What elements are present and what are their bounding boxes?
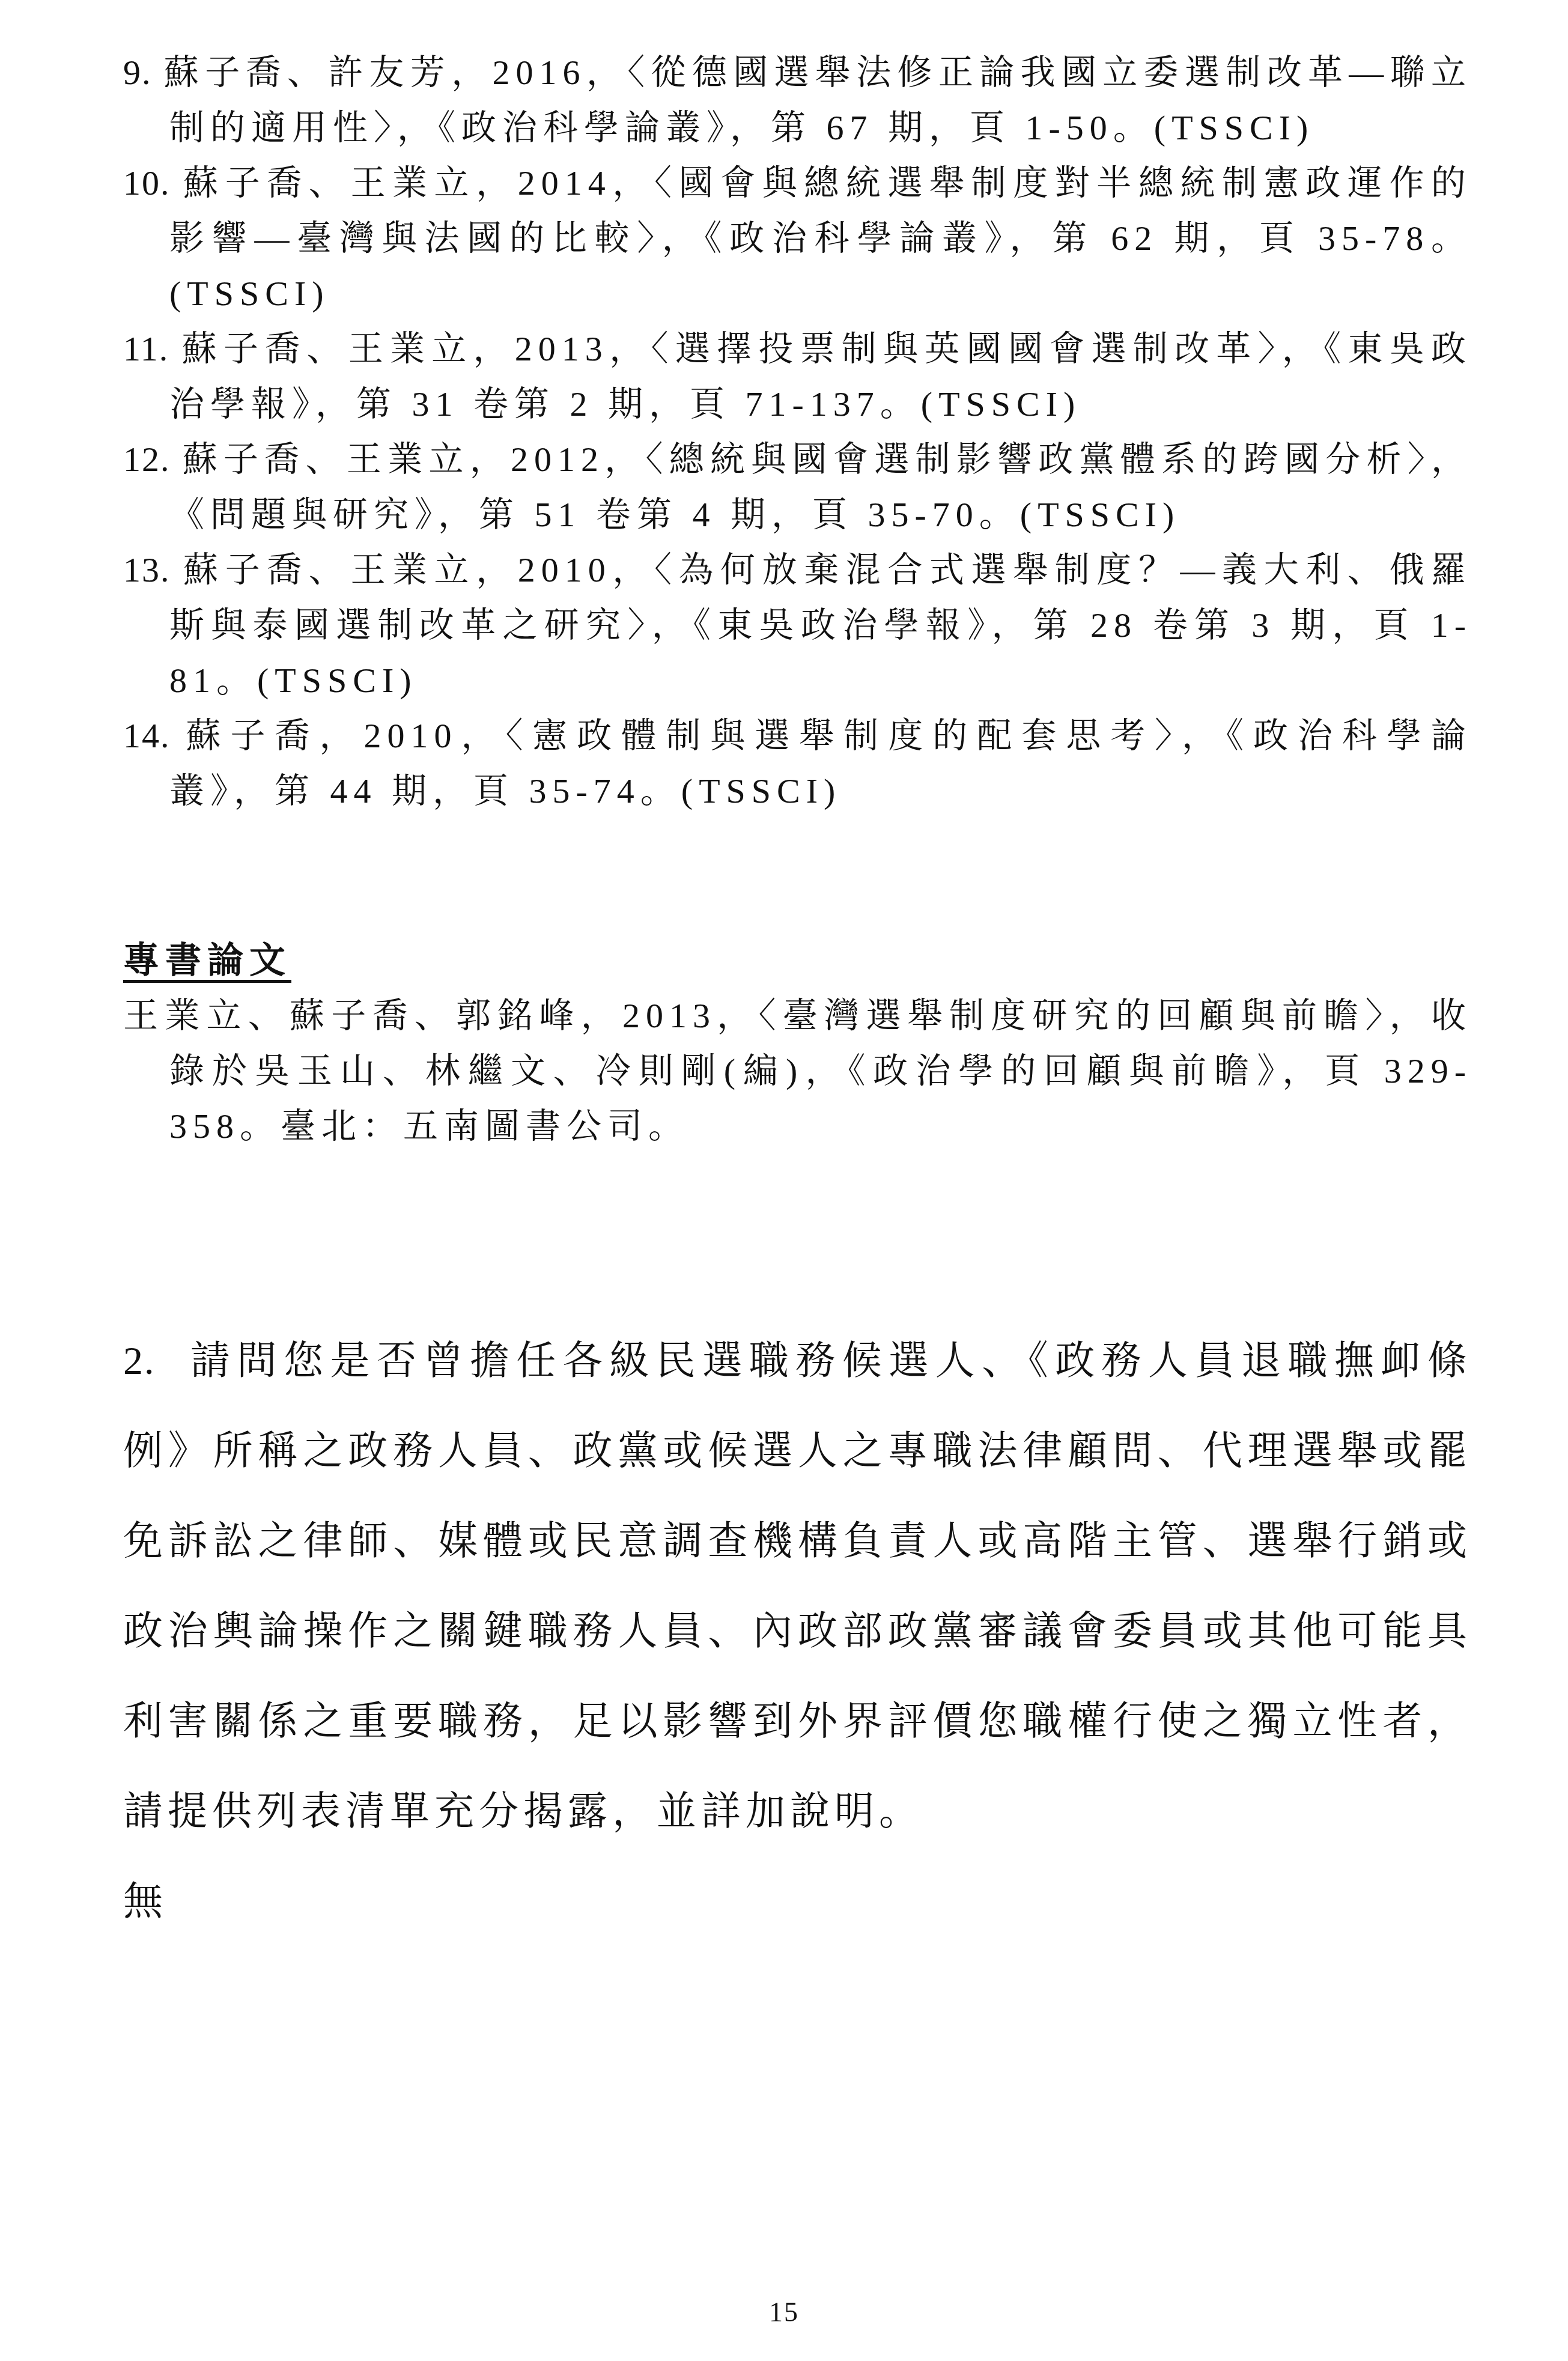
- page-number: 15: [0, 2296, 1568, 2328]
- reference-text: 蘇子喬、王業立，2010，〈為何放棄混合式選舉制度？—義大利、俄羅斯與泰國選制改…: [169, 550, 1472, 700]
- question-paragraph: 2.請問您是否曾擔任各級民選職務候選人、《政務人員退職撫卹條例》所稱之政務人員、…: [123, 1316, 1472, 1857]
- book-section-heading-text: 專書論文: [123, 941, 291, 980]
- question-text: 請問您是否曾擔任各級民選職務候選人、《政務人員退職撫卹條例》所稱之政務人員、政黨…: [123, 1339, 1472, 1834]
- reference-number: 14.: [123, 716, 171, 755]
- reference-item-13: 13.蘇子喬、王業立，2010，〈為何放棄混合式選舉制度？—義大利、俄羅斯與泰國…: [123, 542, 1472, 708]
- reference-text: 蘇子喬、王業立，2014，〈國會與總統選舉制度對半總統制憲政運作的影響—臺灣與法…: [169, 163, 1472, 313]
- question-number: 2.: [123, 1339, 156, 1383]
- book-entry: 王業立、蘇子喬、郭銘峰，2013，〈臺灣選舉制度研究的回顧與前瞻〉，收錄於吳玉山…: [123, 988, 1472, 1154]
- document-page: 9.蘇子喬、許友芳，2016，〈從德國選舉法修正論我國立委選制改革—聯立制的適用…: [0, 0, 1568, 2361]
- reference-number: 11.: [123, 329, 169, 368]
- reference-number: 9.: [123, 53, 152, 92]
- book-section: 專書論文 王業立、蘇子喬、郭銘峰，2013，〈臺灣選舉制度研究的回顧與前瞻〉，收…: [123, 933, 1472, 1154]
- answer-text: 無: [123, 1857, 1472, 1947]
- reference-number: 10.: [123, 163, 171, 202]
- reference-text: 蘇子喬、王業立，2013，〈選擇投票制與英國國會選制改革〉，《東吳政治學報》，第…: [169, 329, 1472, 424]
- reference-text: 蘇子喬，2010，〈憲政體制與選舉制度的配套思考〉，《政治科學論叢》，第 44 …: [169, 716, 1472, 810]
- book-section-heading: 專書論文: [123, 933, 1472, 988]
- reference-item-9: 9.蘇子喬、許友芳，2016，〈從德國選舉法修正論我國立委選制改革—聯立制的適用…: [123, 45, 1472, 156]
- reference-list: 9.蘇子喬、許友芳，2016，〈從德國選舉法修正論我國立委選制改革—聯立制的適用…: [123, 45, 1472, 819]
- reference-text: 蘇子喬、許友芳，2016，〈從德國選舉法修正論我國立委選制改革—聯立制的適用性〉…: [164, 53, 1472, 147]
- reference-number: 12.: [123, 440, 171, 479]
- reference-item-12: 12.蘇子喬、王業立，2012，〈總統與國會選制影響政黨體系的跨國分析〉，《問題…: [123, 432, 1472, 542]
- reference-text: 蘇子喬、王業立，2012，〈總統與國會選制影響政黨體系的跨國分析〉，《問題與研究…: [169, 440, 1472, 534]
- book-entry-text: 王業立、蘇子喬、郭銘峰，2013，〈臺灣選舉制度研究的回顧與前瞻〉，收錄於吳玉山…: [123, 996, 1472, 1146]
- reference-item-14: 14.蘇子喬，2010，〈憲政體制與選舉制度的配套思考〉，《政治科學論叢》，第 …: [123, 708, 1472, 819]
- question-block: 2.請問您是否曾擔任各級民選職務候選人、《政務人員退職撫卹條例》所稱之政務人員、…: [123, 1316, 1472, 1947]
- reference-number: 13.: [123, 550, 171, 589]
- reference-item-11: 11.蘇子喬、王業立，2013，〈選擇投票制與英國國會選制改革〉，《東吳政治學報…: [123, 321, 1472, 432]
- reference-item-10: 10.蘇子喬、王業立，2014，〈國會與總統選舉制度對半總統制憲政運作的影響—臺…: [123, 156, 1472, 321]
